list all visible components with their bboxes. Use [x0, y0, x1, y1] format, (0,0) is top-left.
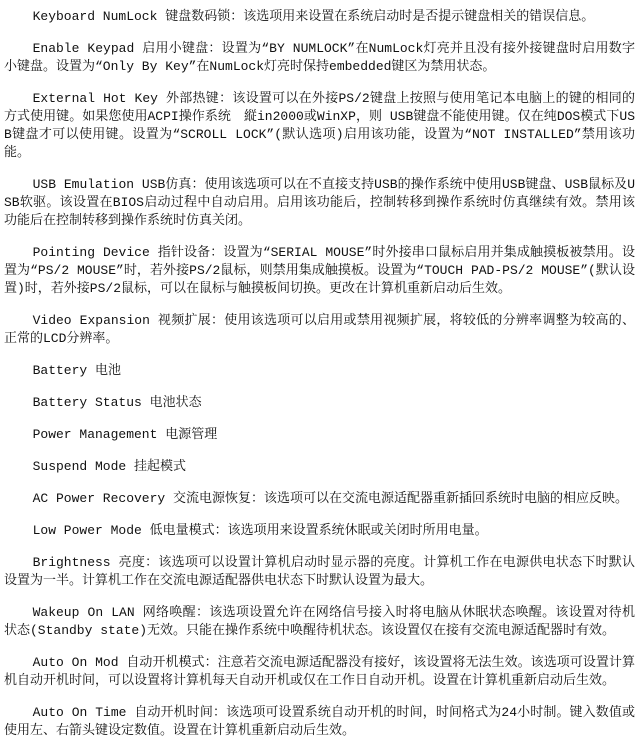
heading-suspend-mode: Suspend Mode 挂起模式 [4, 458, 635, 476]
paragraph-enable-keypad: Enable Keypad 启用小键盘：设置为“BY NUMLOCK”在NumL… [4, 40, 635, 76]
document-page: Keyboard NumLock 键盘数码锁：该选项用来设置在系统启动时是否提示… [0, 0, 640, 746]
paragraph-low-power-mode: Low Power Mode 低电量模式：该选项用来设置系统休眠或关闭时所用电量… [4, 522, 635, 540]
paragraph-auto-on-time: Auto On Time 自动开机时间：该选项可设置系统自动开机的时间，时间格式… [4, 704, 635, 740]
paragraph-pointing-device: Pointing Device 指针设备：设置为“SERIAL MOUSE”时外… [4, 244, 635, 298]
paragraph-video-expansion: Video Expansion 视频扩展：使用该选项可以启用或禁用视频扩展，将较… [4, 312, 635, 348]
heading-battery-status: Battery Status 电池状态 [4, 394, 635, 412]
paragraph-external-hot-key: External Hot Key 外部热键：该设置可以在外接PS/2键盘上按照与… [4, 90, 635, 162]
paragraph-keyboard-numlock: Keyboard NumLock 键盘数码锁：该选项用来设置在系统启动时是否提示… [4, 8, 635, 26]
paragraph-ac-power-recovery: AC Power Recovery 交流电源恢复：该选项可以在交流电源适配器重新… [4, 490, 635, 508]
paragraph-auto-on-mod: Auto On Mod 自动开机模式：注意若交流电源适配器没有接好，该设置将无法… [4, 654, 635, 690]
paragraph-brightness: Brightness 亮度：该选项可以设置计算机启动时显示器的亮度。计算机工作在… [4, 554, 635, 590]
paragraph-usb-emulation: USB Emulation USB仿真：使用该选项可以在不直接支持USB的操作系… [4, 176, 635, 230]
heading-battery: Battery 电池 [4, 362, 635, 380]
heading-power-management: Power Management 电源管理 [4, 426, 635, 444]
paragraph-wakeup-on-lan: Wakeup On LAN 网络唤醒：该选项设置允许在网络信号接入时将电脑从休眠… [4, 604, 635, 640]
